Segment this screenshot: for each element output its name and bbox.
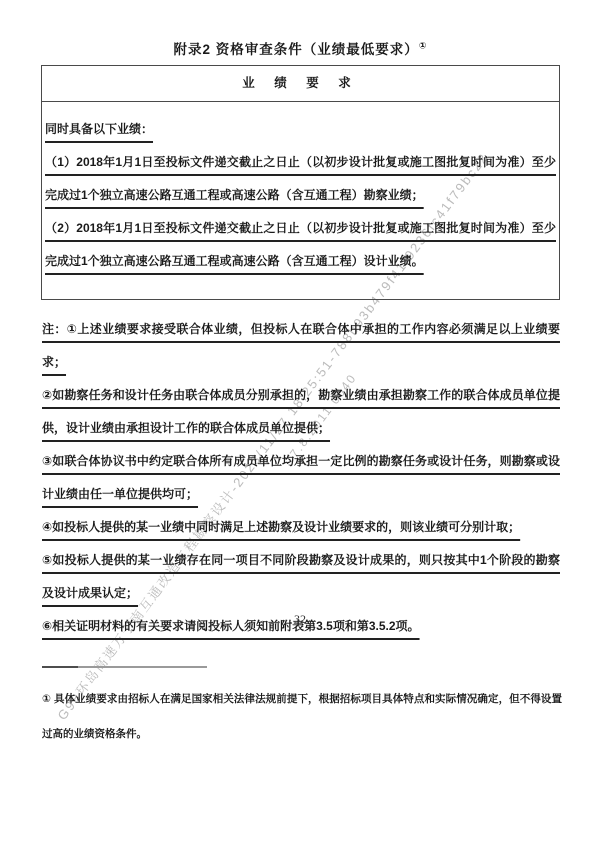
footnote-section: ① 具体业绩要求由招标人在满足国家相关法律法规前提下，根据招标项目具体特点和实际…: [42, 682, 562, 752]
note-item-2: ②如勘察任务和设计任务由联合体成员分别承担的，勘察业绩由承担勘察工作的联合体成员…: [42, 379, 560, 445]
notes-section: 注：①上述业绩要求接受联合体业绩，但投标人在联合体中承担的工作内容必须满足以上业…: [42, 313, 560, 643]
footnote-text: ① 具体业绩要求由招标人在满足国家相关法律法规前提下，根据招标项目具体特点和实际…: [42, 693, 562, 740]
note-item-1: 注：①上述业绩要求接受联合体业绩，但投标人在联合体中承担的工作内容必须满足以上业…: [42, 313, 560, 379]
title-superscript: ①: [419, 41, 427, 51]
document-page: G98环岛高速万宁南互通改造工程勘察设计-2023/11/27 18:25:51…: [0, 0, 600, 848]
footnote-separator: [42, 666, 207, 668]
table-row-design-requirement: （2）2018年1月1日至投标文件递交截止之日止（以初步设计批复或施工图批复时间…: [45, 212, 556, 278]
page-number: 32: [0, 612, 600, 627]
performance-table: 业 绩 要 求 同时具备以下业绩： （1）2018年1月1日至投标文件递交截止之…: [41, 65, 560, 300]
note-item-4: ④如投标人提供的某一业绩中同时满足上述勘察及设计业绩要求的，则该业绩可分别计取；: [42, 511, 560, 544]
table-header-row: 业 绩 要 求: [42, 66, 559, 102]
table-header-label: 业 绩 要 求: [242, 76, 358, 90]
page-title-text: 附录2 资格审查条件（业绩最低要求）: [174, 42, 419, 57]
page-title: 附录2 资格审查条件（业绩最低要求）①: [0, 0, 600, 58]
table-row-intro: 同时具备以下业绩：: [45, 113, 556, 146]
note-item-3: ③如联合体协议书中约定联合体所有成员单位均承担一定比例的勘察任务或设计任务，则勘…: [42, 445, 560, 511]
table-body: 同时具备以下业绩： （1）2018年1月1日至投标文件递交截止之日止（以初步设计…: [42, 102, 559, 299]
note-item-5: ⑤如投标人提供的某一业绩存在同一项目不同阶段勘察及设计成果的，则只按其中1个阶段…: [42, 544, 560, 610]
table-row-survey-requirement: （1）2018年1月1日至投标文件递交截止之日止（以初步设计批复或施工图批复时间…: [45, 146, 556, 212]
